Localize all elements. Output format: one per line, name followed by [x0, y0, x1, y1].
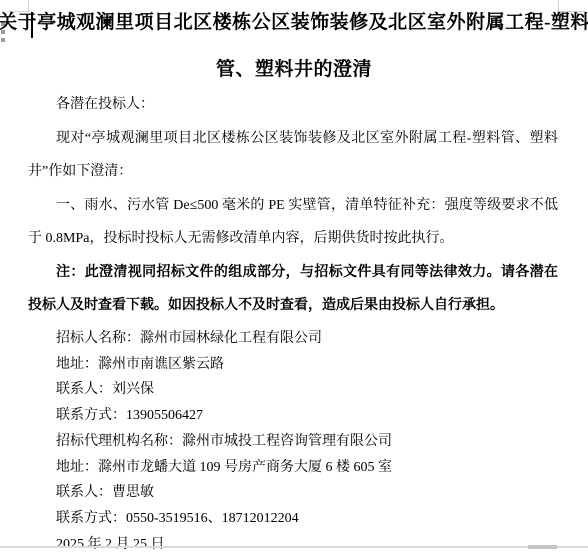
horizontal-scrollbar-thumb[interactable]	[528, 545, 557, 549]
contact-block[interactable]: 招标人名称：滁州市园林绿化工程有限公司 地址：滁州市南谯区紫云路 联系人：刘兴保…	[28, 326, 558, 553]
document-page[interactable]: 关于亭城观澜里项目北区楼栋公区装饰装修及北区室外附属工程-塑料 管、塑料井的澄清…	[0, 0, 588, 553]
paragraph-clarification-item-1[interactable]: 一、雨水、污水管 De≤500 毫米的 PE 实壁管，清单特征补充：强度等级要求…	[28, 189, 558, 256]
agency-contact-person-line[interactable]: 联系人：曹思敏	[28, 480, 558, 506]
tenderer-name-line[interactable]: 招标人名称：滁州市园林绿化工程有限公司	[28, 326, 558, 352]
document-title-line-1[interactable]: 关于亭城观澜里项目北区楼栋公区装饰装修及北区室外附属工程-塑料	[0, 9, 588, 37]
margin-dot-icon	[1, 38, 5, 42]
date-line[interactable]: 2025 年 2 月 25 日	[28, 532, 558, 553]
tenderer-address-line[interactable]: 地址：滁州市南谯区紫云路	[28, 352, 558, 378]
tenderer-phone-line[interactable]: 联系方式：13905506427	[28, 403, 558, 429]
agency-phone-line[interactable]: 联系方式：0550-3519516、18712012204	[28, 506, 558, 532]
tenderer-contact-person-line[interactable]: 联系人：刘兴保	[28, 377, 558, 403]
paragraph-legal-note[interactable]: 注：此澄清视同招标文件的组成部分，与招标文件具有同等法律效力。请各潜在投标人及时…	[28, 256, 558, 323]
agency-address-line[interactable]: 地址：滁州市龙蟠大道 109 号房产商务大厦 6 楼 605 室	[28, 455, 558, 481]
paragraph-intro[interactable]: 现对“亭城观澜里项目北区楼栋公区装饰装修及北区室外附属工程-塑料管、塑料井”作如…	[28, 122, 558, 189]
document-title-line-2[interactable]: 管、塑料井的澄清	[216, 56, 372, 84]
horizontal-scrollbar[interactable]	[0, 546, 588, 548]
agency-name-line[interactable]: 招标代理机构名称：滁州市城投工程咨询管理有限公司	[28, 429, 558, 455]
document-body[interactable]: 各潜在投标人： 现对“亭城观澜里项目北区楼栋公区装饰装修及北区室外附属工程-塑料…	[28, 88, 558, 323]
paragraph-salutation[interactable]: 各潜在投标人：	[28, 88, 558, 122]
